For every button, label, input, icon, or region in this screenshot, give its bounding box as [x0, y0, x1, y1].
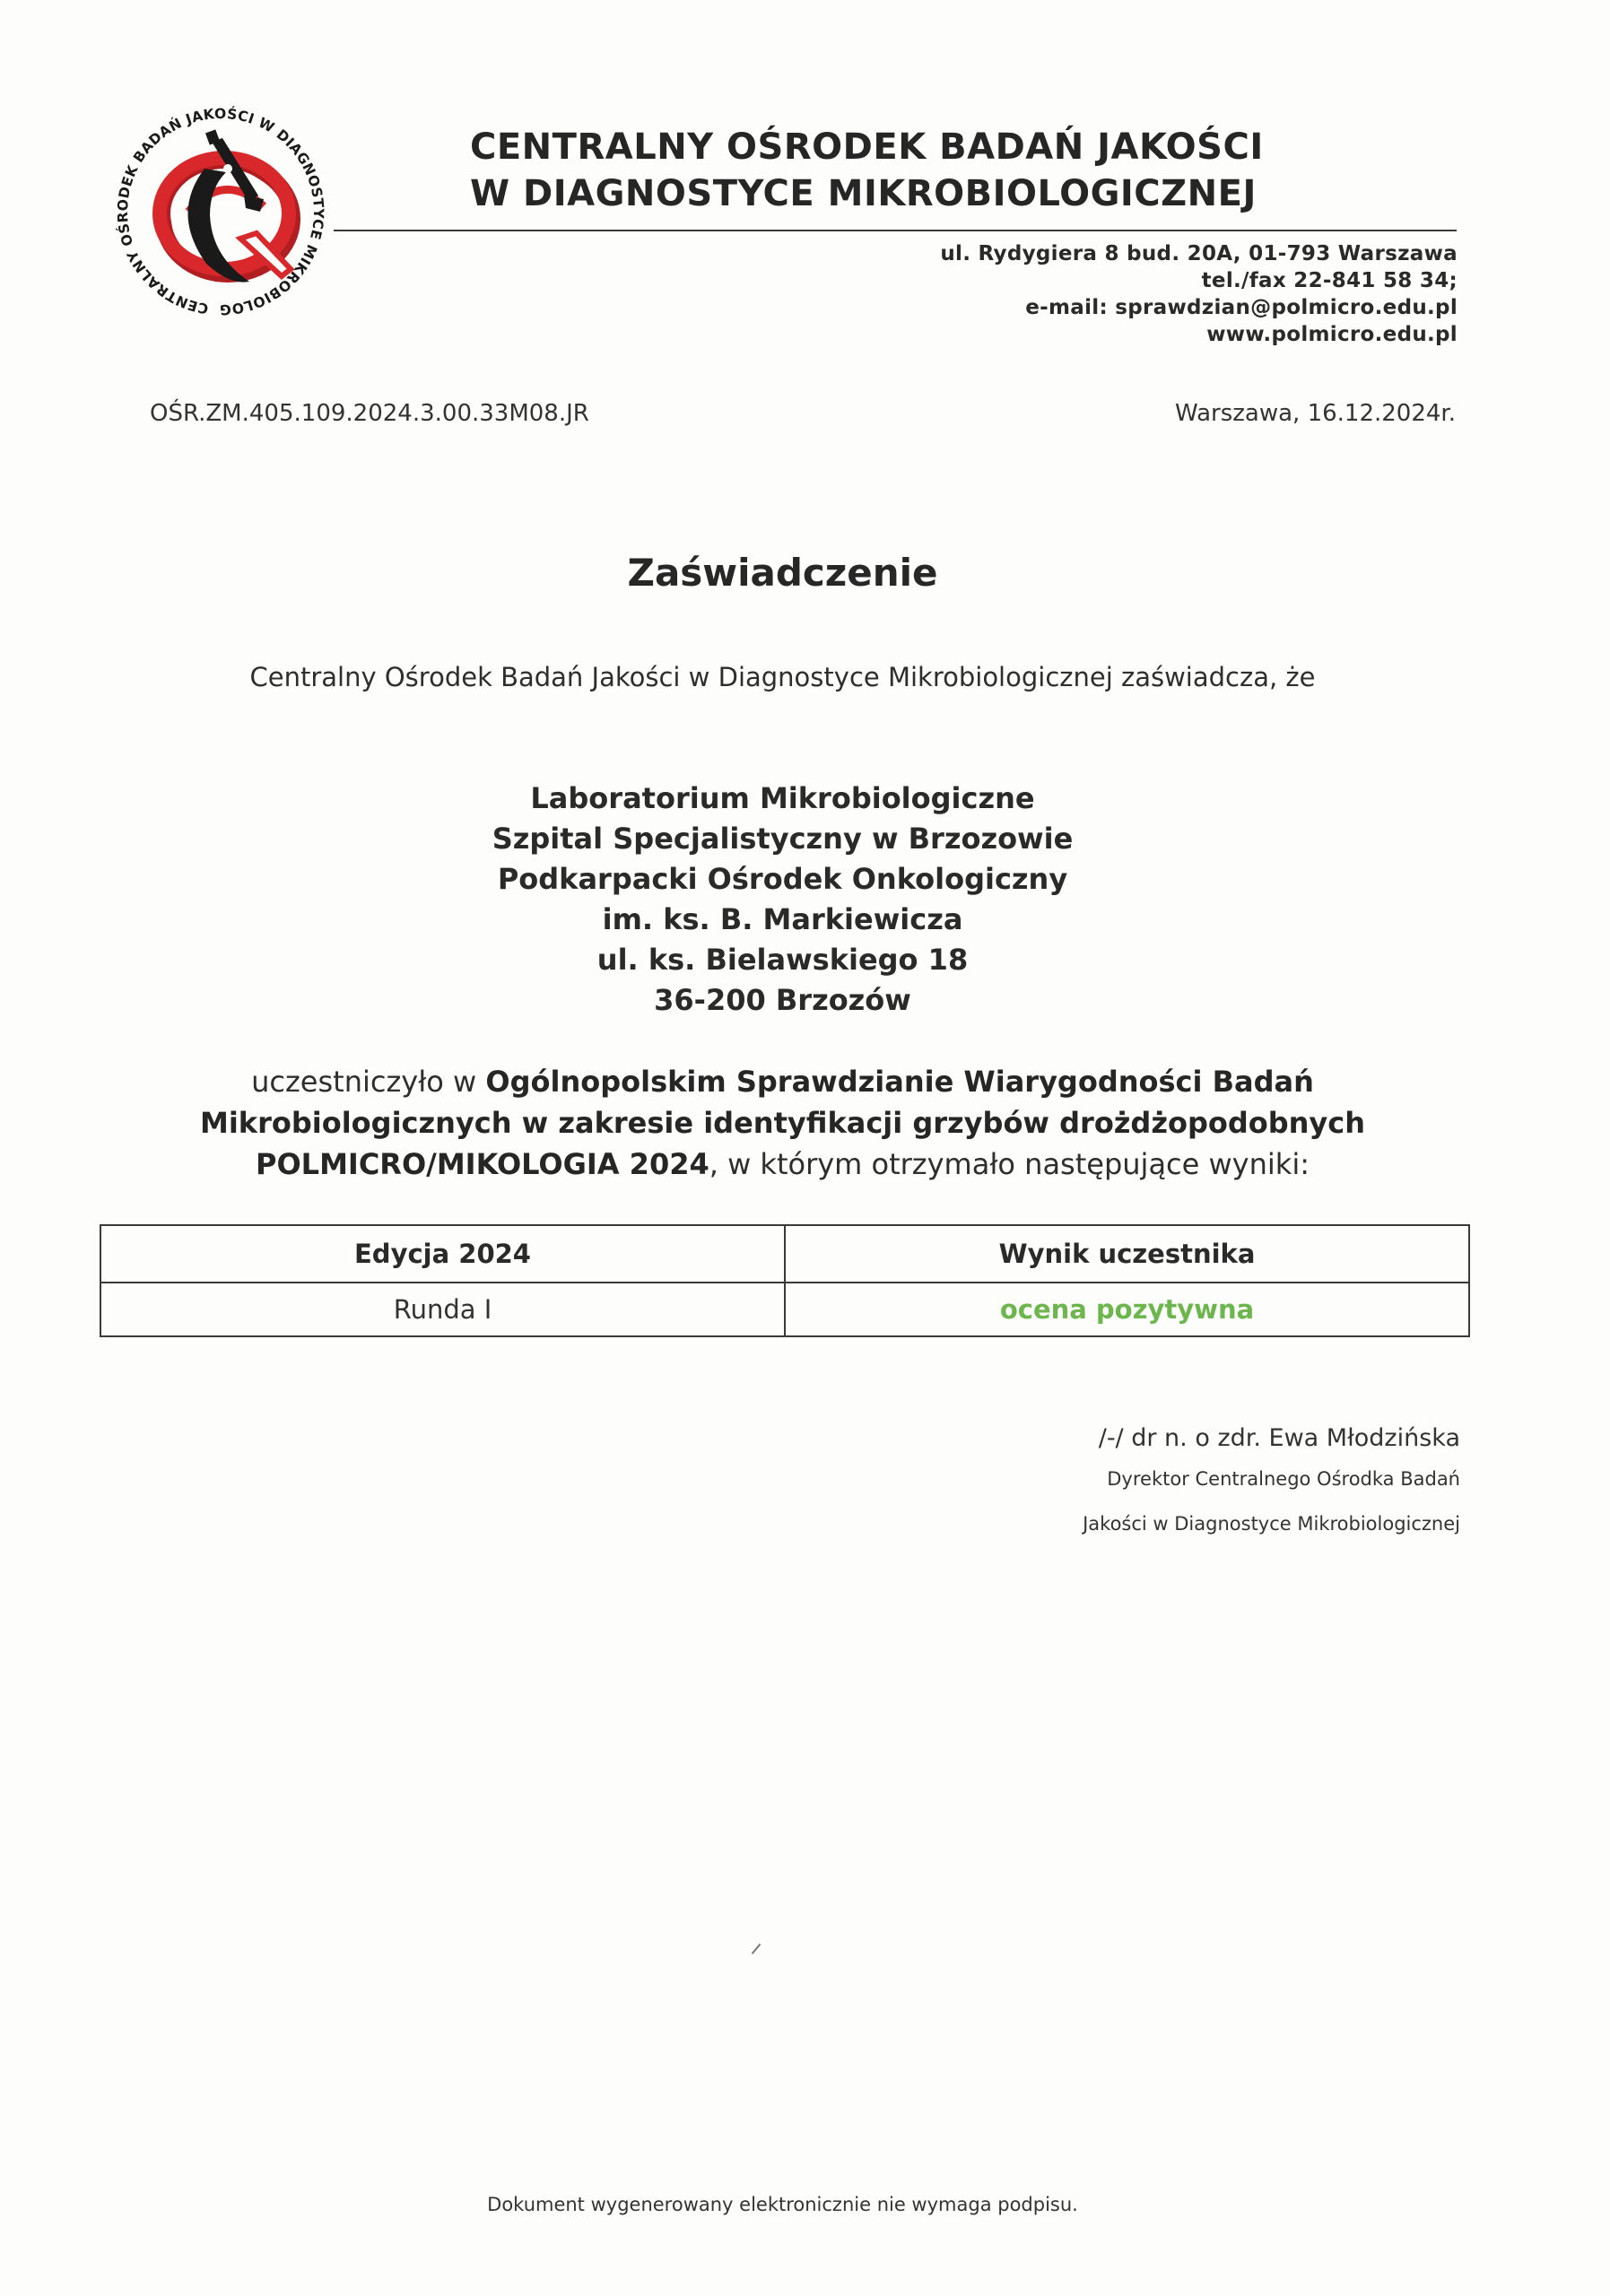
signatory-name: /-/ dr n. o zdr. Ewa Młodzińska — [1083, 1421, 1460, 1457]
document-title: Zaświadczenie — [0, 551, 1565, 595]
program-name-part-1: Ogólnopolskim Sprawdzianie Wiarygodności… — [485, 1065, 1314, 1099]
column-header-result: Wynik uczestnika — [785, 1225, 1469, 1283]
signatory-role-line-1: Dyrektor Centralnego Ośrodka Badań — [1083, 1457, 1460, 1501]
intro-statement: Centralny Ośrodek Badań Jakości w Diagno… — [0, 662, 1565, 692]
signatory-role-line-2: Jakości w Diagnostyce Mikrobiologicznej — [1083, 1501, 1460, 1546]
organization-contact: ul. Rydygiera 8 bud. 20A, 01-793 Warszaw… — [940, 240, 1458, 348]
organization-website[interactable]: www.polmicro.edu.pl — [940, 321, 1458, 348]
laboratory-details: Laboratorium Mikrobiologiczne Szpital Sp… — [0, 778, 1565, 1021]
organization-phone: tel./fax 22-841 58 34; — [940, 267, 1458, 294]
reference-number: OŚR.ZM.405.109.2024.3.00.33M08.JR — [150, 400, 589, 427]
laboratory-line: ul. ks. Bielawskiego 18 — [0, 940, 1565, 980]
organization-name-line-2: W DIAGNOSTYCE MIKROBIOLOGICZNEJ — [470, 170, 1466, 217]
organization-name-line-1: CENTRALNY OŚRODEK BADAŃ JAKOŚCI — [470, 124, 1466, 170]
results-table-header-row: Edycja 2024 Wynik uczestnika — [100, 1225, 1469, 1283]
participation-statement: uczestniczyło w Ogólnopolskim Sprawdzian… — [0, 1061, 1565, 1185]
participation-suffix: , w którym otrzymało następujące wyniki: — [709, 1147, 1310, 1181]
institution-logo: CENTRALNY OŚRODEK BADAŃ JAKOŚCI W DIAGNO… — [106, 106, 335, 321]
header-divider — [334, 230, 1457, 231]
result-cell: ocena pozytywna — [785, 1283, 1469, 1336]
laboratory-line: Szpital Specjalistyczny w Brzozowie — [0, 819, 1565, 859]
place-and-date: Warszawa, 16.12.2024r. — [1175, 400, 1456, 427]
scan-artifact — [752, 1944, 761, 1954]
edition-cell: Runda I — [100, 1283, 785, 1336]
signature-block: /-/ dr n. o zdr. Ewa Młodzińska Dyrektor… — [1083, 1421, 1460, 1546]
table-row: Runda I ocena pozytywna — [100, 1283, 1469, 1336]
laboratory-line: Podkarpacki Ośrodek Onkologiczny — [0, 859, 1565, 900]
organization-email[interactable]: e-mail: sprawdzian@polmicro.edu.pl — [940, 294, 1458, 321]
program-name-part-2: Mikrobiologicznych w zakresie identyfika… — [200, 1106, 1365, 1140]
program-code: POLMICRO/MIKOLOGIA 2024 — [256, 1147, 709, 1181]
footer-note: Dokument wygenerowany elektronicznie nie… — [0, 2194, 1565, 2215]
microscope-q-logo-icon: CENTRALNY OŚRODEK BADAŃ JAKOŚCI W DIAGNO… — [106, 106, 335, 321]
laboratory-line: Laboratorium Mikrobiologiczne — [0, 778, 1565, 819]
results-table: Edycja 2024 Wynik uczestnika Runda I oce… — [100, 1224, 1470, 1337]
participation-prefix: uczestniczyło w — [251, 1065, 485, 1099]
column-header-edition: Edycja 2024 — [100, 1225, 785, 1283]
organization-name: CENTRALNY OŚRODEK BADAŃ JAKOŚCI W DIAGNO… — [470, 124, 1466, 217]
organization-address: ul. Rydygiera 8 bud. 20A, 01-793 Warszaw… — [940, 240, 1458, 267]
laboratory-line: 36-200 Brzozów — [0, 980, 1565, 1021]
laboratory-line: im. ks. B. Markiewicza — [0, 900, 1565, 940]
